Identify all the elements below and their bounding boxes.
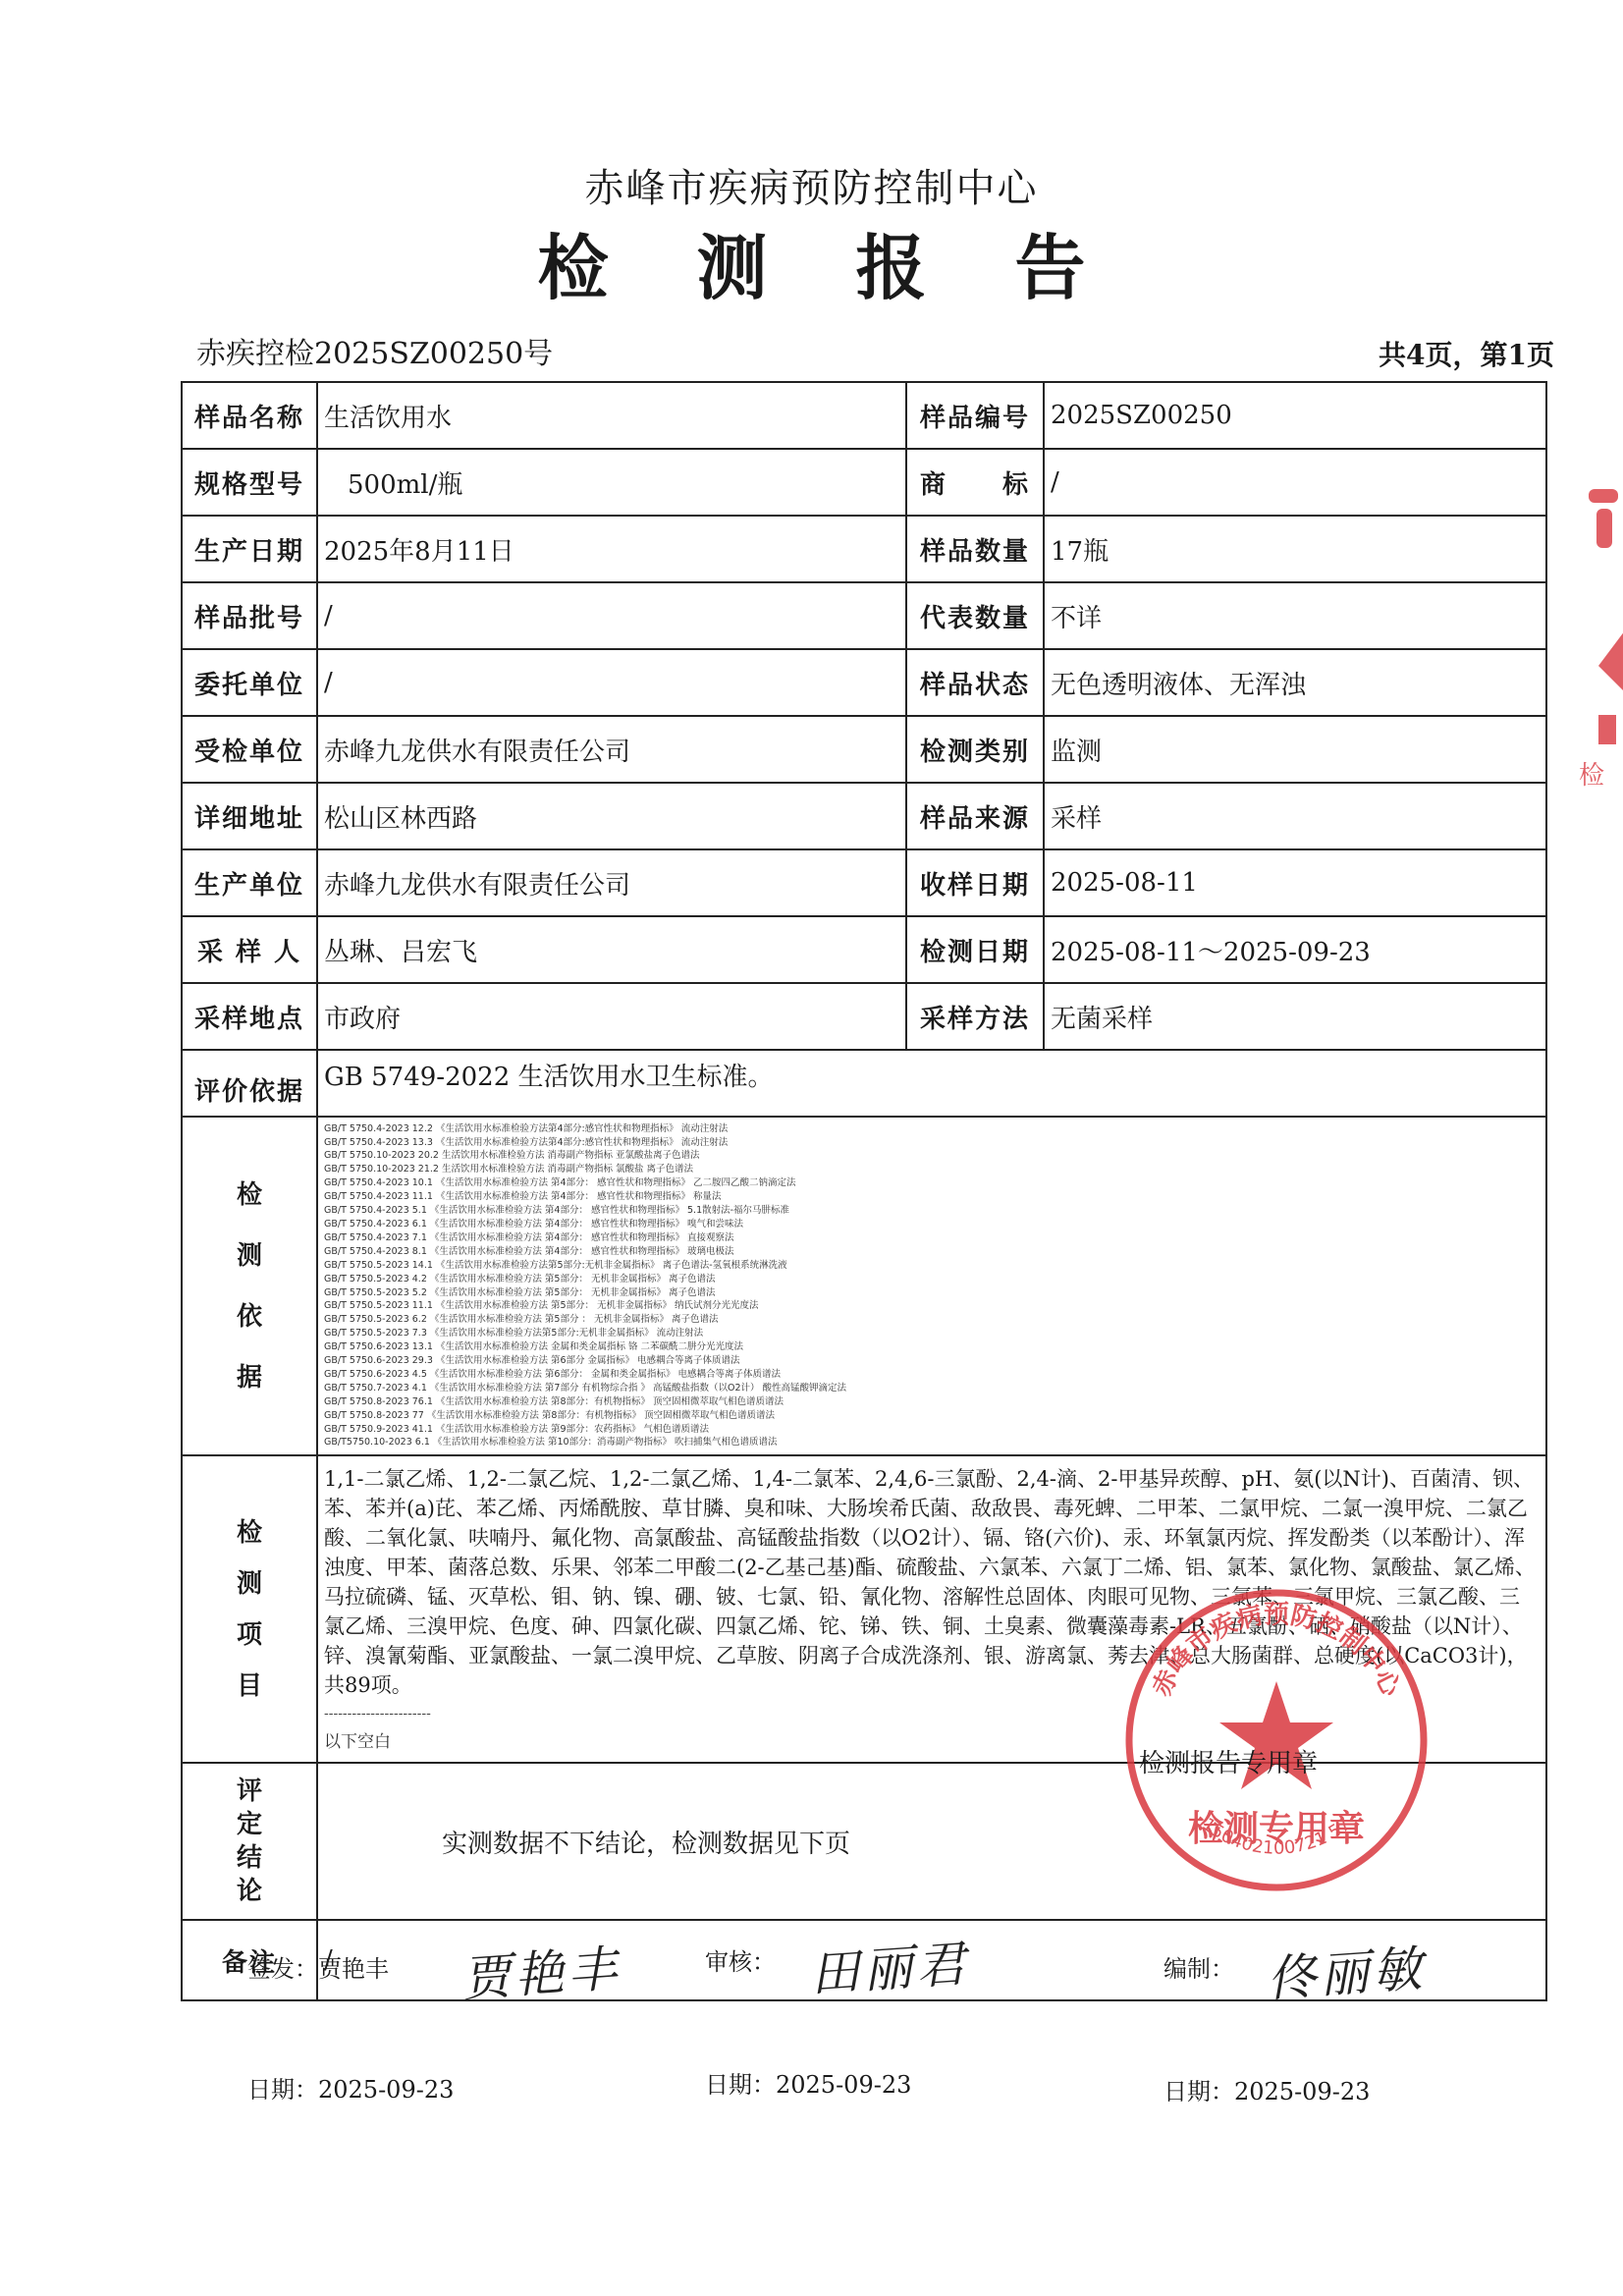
row-sampling-site: 采样地点 市政府 采样方法 无菌采样 (182, 983, 1546, 1050)
compiler-label: 编制： (1163, 1949, 1234, 1984)
value-client: / (317, 649, 906, 716)
value-sample-state: 无色透明液体、无浑浊 (1044, 649, 1546, 716)
row-producer: 生产单位 赤峰九龙供水有限责任公司 收样日期 2025-08-11 (182, 849, 1546, 916)
row-batch-no: 样品批号 / 代表数量 不详 (182, 582, 1546, 649)
reviewer-label: 审核： (705, 1942, 776, 1977)
label-production-date: 生产日期 (182, 516, 317, 582)
row-sampler: 采 样 人 丛琳、吕宏飞 检测日期 2025-08-11～2025-09-23 (182, 916, 1546, 983)
label-client: 委托单位 (182, 649, 317, 716)
standard-line: GB/T 5750.4-2023 11.1 《生活饮用水标准检验方法 第4部分：… (324, 1190, 1540, 1204)
report-title: 检测报告 (0, 211, 1623, 313)
seam-seal-icon: 检 (1569, 479, 1623, 813)
report-info-table: 样品名称 生活饮用水 样品编号 2025SZ00250 规格型号 500ml/瓶… (181, 381, 1547, 2001)
compiler-date: 日期：2025-09-23 (1163, 2072, 1370, 2106)
value-sample-quantity: 17瓶 (1044, 516, 1546, 582)
value-inspected-unit: 赤峰九龙供水有限责任公司 (317, 716, 906, 783)
label-conclusion: 评 定 结 论 (182, 1763, 317, 1920)
standard-line: GB/T 5750.4-2023 7.1 《生活饮用水标准检验方法 第4部分： … (324, 1231, 1540, 1245)
row-conclusion: 评 定 结 论 实测数据不下结论，检测数据见下页 (182, 1763, 1546, 1920)
row-spec: 规格型号 500ml/瓶 商 标 / (182, 449, 1546, 516)
issuer-signature: 贾艳丰 (460, 1929, 623, 2010)
value-brand: / (1044, 449, 1546, 516)
value-producer: 赤峰九龙供水有限责任公司 (317, 849, 906, 916)
standard-line: GB/T 5750.5-2023 14.1 《生活饮用水标准检验方法第5部分:无… (324, 1259, 1540, 1273)
label-batch-no: 样品批号 (182, 582, 317, 649)
conclusion-text: 实测数据不下结论，检测数据见下页 (324, 1824, 1540, 1860)
standard-line: GB/T 5750.6-2023 4.5 《生活饮用水标准检验方法 第6部分： … (324, 1368, 1540, 1382)
page-info: 共4页，第1页 (1379, 334, 1554, 373)
label-sampling-site: 采样地点 (182, 983, 317, 1050)
standard-line: GB/T 5750.5-2023 7.3 《生活饮用水标准检验方法第5部分:无机… (324, 1327, 1540, 1340)
label-sampler: 采 样 人 (182, 916, 317, 983)
label-sample-no: 样品编号 (906, 382, 1044, 449)
label-sample-source: 样品来源 (906, 783, 1044, 849)
value-test-date: 2025-08-11～2025-09-23 (1044, 916, 1546, 983)
blank-note: 以下空白 (324, 1727, 1540, 1752)
reviewer-signature: 田丽君 (808, 1924, 972, 2005)
label-sample-state: 样品状态 (906, 649, 1044, 716)
test-items-cell: 1,1-二氯乙烯、1,2-二氯乙烷、1,2-二氯乙烯、1,4-二氯苯、2,4,6… (317, 1455, 1546, 1763)
row-evaluation-basis: 评价依据 GB 5749-2022 生活饮用水卫生标准。 (182, 1050, 1546, 1117)
standard-line: GB/T 5750.10-2023 21.2 生活饮用水标准检验方法 消毒副产物… (324, 1163, 1540, 1176)
standard-line: GB/T 5750.10-2023 20.2 生活饮用水标准检验方法 消毒副产物… (324, 1149, 1540, 1163)
label-spec: 规格型号 (182, 449, 317, 516)
value-sample-no: 2025SZ00250 (1044, 382, 1546, 449)
standard-line: GB/T 5750.4-2023 6.1 《生活饮用水标准检验方法 第4部分： … (324, 1218, 1540, 1231)
label-sample-quantity: 样品数量 (906, 516, 1044, 582)
standard-line: GB/T 5750.7-2023 4.1 《生活饮用水标准检验方法 第7部分 有… (324, 1382, 1540, 1395)
value-sampler: 丛琳、吕宏飞 (317, 916, 906, 983)
value-sample-name: 生活饮用水 (317, 382, 906, 449)
test-basis-list: GB/T 5750.4-2023 12.2 《生活饮用水标准检验方法第4部分:感… (317, 1117, 1546, 1455)
organization-name: 赤峰市疾病预防控制中心 (0, 157, 1623, 213)
row-address: 详细地址 松山区林西路 样品来源 采样 (182, 783, 1546, 849)
label-test-date: 检测日期 (906, 916, 1044, 983)
value-test-category: 监测 (1044, 716, 1546, 783)
value-production-date: 2025年8月11日 (317, 516, 906, 582)
standard-line: GB/T 5750.4-2023 8.1 《生活饮用水标准检验方法 第4部分： … (324, 1245, 1540, 1259)
standard-line: GB/T 5750.4-2023 5.1 《生活饮用水标准检验方法 第4部分： … (324, 1204, 1540, 1218)
value-sampling-method: 无菌采样 (1044, 983, 1546, 1050)
separator-line: ----------------------- (324, 1706, 1540, 1722)
value-represent-quantity: 不详 (1044, 582, 1546, 649)
standard-line: GB/T 5750.4-2023 10.1 《生活饮用水标准检验方法 第4部分：… (324, 1176, 1540, 1190)
conclusion-cell: 实测数据不下结论，检测数据见下页 (317, 1763, 1546, 1920)
value-sampling-site: 市政府 (317, 983, 906, 1050)
value-spec: 500ml/瓶 (317, 449, 906, 516)
standard-line: GB/T 5750.5-2023 11.1 《生活饮用水标准检验方法 第5部分：… (324, 1299, 1540, 1313)
row-inspected-unit: 受检单位 赤峰九龙供水有限责任公司 检测类别 监测 (182, 716, 1546, 783)
standard-line: GB/T 5750.5-2023 4.2 《生活饮用水标准检验方法 第5部分： … (324, 1273, 1540, 1286)
reviewer-date: 日期：2025-09-23 (705, 2065, 911, 2100)
report-number: 赤疾控检2025SZ00250号 (196, 329, 553, 372)
standards-list: GB/T 5750.4-2023 12.2 《生活饮用水标准检验方法第4部分:感… (324, 1119, 1540, 1454)
standard-line: GB/T 5750.6-2023 13.1 《生活饮用水标准检验方法 金属和类金… (324, 1340, 1540, 1354)
issuer-label: 签发：贾艳丰 (247, 1949, 389, 1984)
stamp-note: 检测报告专用章 (1139, 1743, 1318, 1779)
label-producer: 生产单位 (182, 849, 317, 916)
row-test-basis: 检 测 依 据 GB/T 5750.4-2023 12.2 《生活饮用水标准检验… (182, 1117, 1546, 1455)
value-sample-source: 采样 (1044, 783, 1546, 849)
label-evaluation-basis: 评价依据 (182, 1050, 317, 1117)
standard-line: GB/T 5750.5-2023 6.2 《生活饮用水标准检验方法 第5部分 ：… (324, 1313, 1540, 1327)
label-sampling-method: 采样方法 (906, 983, 1044, 1050)
test-items-text: 1,1-二氯乙烯、1,2-二氯乙烷、1,2-二氯乙烯、1,4-二氯苯、2,4,6… (324, 1456, 1540, 1704)
standard-line: GB/T 5750.9-2023 41.1 《生活饮用水标准检验方法 第9部分：… (324, 1423, 1540, 1437)
value-receive-date: 2025-08-11 (1044, 849, 1546, 916)
standard-line: GB/T 5750.8-2023 76.1 《生活饮用水标准检验方法 第8部分：… (324, 1395, 1540, 1409)
label-test-items: 检 测 项 目 (182, 1455, 317, 1763)
standard-line: GB/T 5750.6-2023 29.3 《生活饮用水标准检验方法 第6部分 … (324, 1354, 1540, 1368)
label-receive-date: 收样日期 (906, 849, 1044, 916)
standard-line: GB/T5750.10-2023 6.1 《生活饮用水标准检验方法 第10部分：… (324, 1436, 1540, 1449)
compiler-signature: 佟丽敏 (1265, 1929, 1429, 2010)
standard-line: GB/T 5750.4-2023 12.2 《生活饮用水标准检验方法第4部分:感… (324, 1122, 1540, 1136)
svg-text:检: 检 (1579, 761, 1604, 791)
row-production-date: 生产日期 2025年8月11日 样品数量 17瓶 (182, 516, 1546, 582)
label-sample-name: 样品名称 (182, 382, 317, 449)
label-test-basis: 检 测 依 据 (182, 1117, 317, 1455)
label-represent-quantity: 代表数量 (906, 582, 1044, 649)
standard-line: GB/T 5750.5-2023 5.2 《生活饮用水标准检验方法 第5部分： … (324, 1286, 1540, 1300)
standard-line: GB/T 5750.4-2023 13.3 《生活饮用水标准检验方法第4部分:感… (324, 1136, 1540, 1150)
standard-line: GB/T 5750.8-2023 77 《生活饮用水标准检验方法 第8部分：有机… (324, 1409, 1540, 1423)
row-sample-name: 样品名称 生活饮用水 样品编号 2025SZ00250 (182, 382, 1546, 449)
value-address: 松山区林西路 (317, 783, 906, 849)
label-inspected-unit: 受检单位 (182, 716, 317, 783)
label-brand: 商 标 (906, 449, 1044, 516)
value-evaluation-basis: GB 5749-2022 生活饮用水卫生标准。 (317, 1050, 1546, 1117)
row-client: 委托单位 / 样品状态 无色透明液体、无浑浊 (182, 649, 1546, 716)
value-batch-no: / (317, 582, 906, 649)
label-test-category: 检测类别 (906, 716, 1044, 783)
row-test-items: 检 测 项 目 1,1-二氯乙烯、1,2-二氯乙烷、1,2-二氯乙烯、1,4-二… (182, 1455, 1546, 1763)
label-address: 详细地址 (182, 783, 317, 849)
issuer-date: 日期：2025-09-23 (247, 2070, 454, 2105)
